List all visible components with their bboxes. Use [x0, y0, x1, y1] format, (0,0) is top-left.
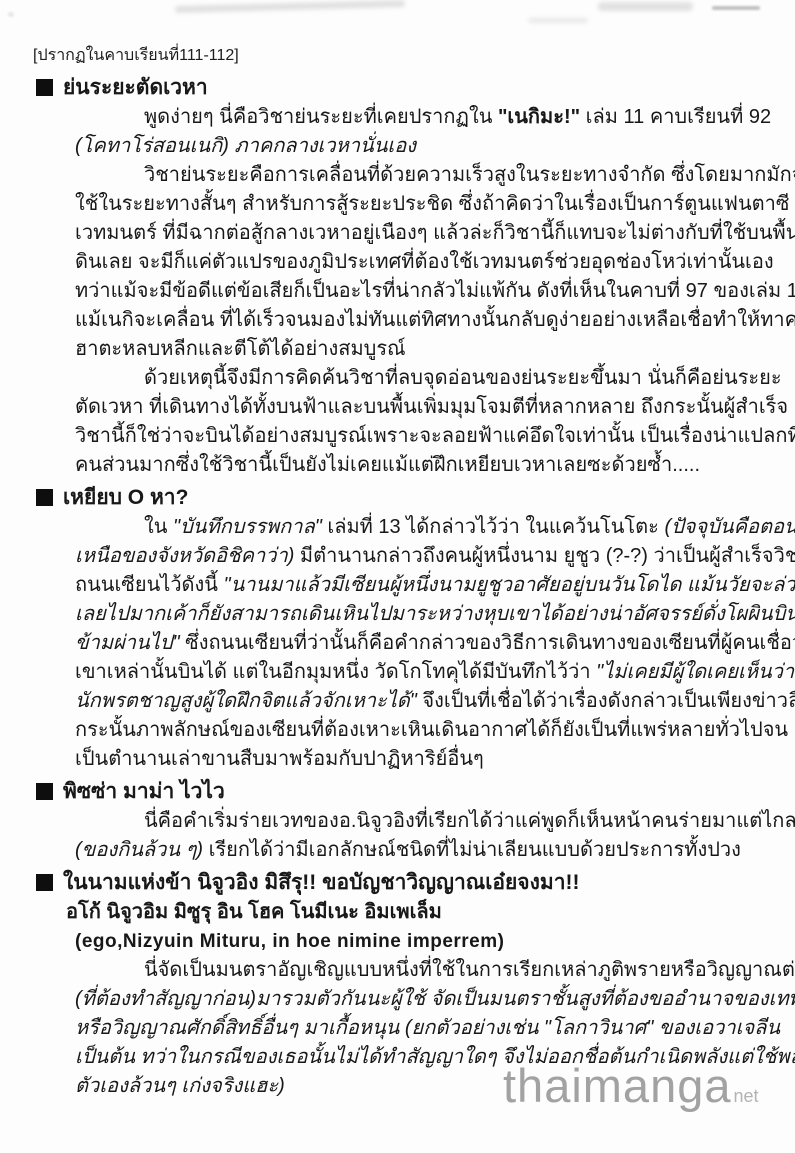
text-run: นี่คือคำเริ่มร่ายเวทของอ.นิจูวอิงที่เรีย…: [144, 810, 795, 832]
body-text-line: ด้วยเหตุนี้จึงมีการคิดค้นวิชาที่ลบจุดอ่อ…: [36, 364, 769, 393]
body-text-line: ดินเลย จะมีก็แค่ตัวแปรของภูมิประเทศที่ต้…: [36, 248, 769, 277]
text-run: มีตำนานกล่าวถึงคนผู้หนึ่งนาม ยูชูว (?-?)…: [294, 545, 795, 567]
body-text-line: ทว่าแม้จะมีข้อดีแต่ข้อเสียก็เป็นอะไรที่น…: [36, 277, 769, 306]
body-text-line: ฮาตะหลบหลีกและตีโต้ได้อย่างสมบูรณ์: [36, 335, 769, 364]
body-text-line: (โคทาโร่สอนเนกิ) ภาคกลางเวหานั่นเอง: [36, 132, 769, 161]
body-text-line: พูดง่ายๆ นี่คือวิชาย่นระยะที่เคยปรากฏใน …: [36, 103, 769, 132]
incantation-latin: (ego,Nizyuin Mituru, in hoe nimine imper…: [36, 927, 769, 956]
text-run: เป็นตำนานเล่าขานสืบมาพร้อมกับปาฏิหาริย์อ…: [75, 748, 484, 770]
body-text-line: (ที่ต้องทำสัญญาก่อน)มารวมตัวกันนะผู้ใช้ …: [36, 985, 769, 1014]
scanned-document-page: [ปรากฏในคาบเรียนที่111-112]ย่นระยะตัดเวห…: [0, 0, 795, 1153]
text-run: เรียกได้ว่ามีเอกลักษณ์ชนิดที่ไม่น่าเลียน…: [203, 839, 741, 861]
text-run: ด้วยเหตุนี้จึงมีการคิดค้นวิชาที่ลบจุดอ่อ…: [144, 367, 782, 389]
text-run: "บันทึกบรรพกาล": [173, 516, 322, 538]
body-text-line: นี่คือคำเริ่มร่ายเวทของอ.นิจูวอิงที่เรีย…: [36, 807, 769, 836]
thaimanga-watermark: thaimanganet: [503, 1058, 759, 1113]
text-run: ซึ่งถนนเซียนที่ว่านั้นก็คือคำกล่าวของวิธ…: [180, 632, 795, 654]
text-run: เลยไปมากเค้าก็ยังสามารถเดินเหินไปมาระหว่…: [75, 603, 795, 625]
black-square-bullet-icon: [36, 874, 53, 891]
text-run: กระนั้นภาพลักษณ์ของเซียนที่ต้องเหาะเหินเ…: [75, 719, 788, 741]
text-run: เหนือของจังหวัดอิชิคาว่า): [75, 545, 294, 567]
text-run: "นานมาแล้วมีเซียนผู้หนึ่งนามยูชูวอาศัยอย…: [224, 574, 795, 596]
black-square-bullet-icon: [36, 489, 53, 506]
text-run: ข้ามผ่านไป": [75, 632, 180, 654]
scan-artifact: [598, 2, 693, 11]
text-run: ใช้ในระยะทางสั้นๆ สำหรับการสู้ระยะประชิด…: [75, 193, 789, 215]
body-text-line: เวทมนตร์ ที่มีฉากต่อสู้กลางเวหาอยู่เนือง…: [36, 219, 769, 248]
watermark-suffix-text: net: [734, 1086, 759, 1106]
body-text-line: แม้เนกิจะเคลื่อน ที่ได้เร็วจนมองไม่ทันแต…: [36, 306, 769, 335]
document-content: [ปรากฏในคาบเรียนที่111-112]ย่นระยะตัดเวห…: [36, 44, 769, 1101]
text-run: หรือวิญญาณศักดิ์สิทธิ์อื่นๆ มาเกื้อหนุน …: [75, 1017, 780, 1039]
section-heading-yiab-o-ha: เหยียบ O หา?: [36, 483, 769, 512]
body-text-line: วิชานี้ก็ใช่ว่าจะบินได้อย่างสมบูรณ์เพราะ…: [36, 422, 769, 451]
text-run: เวทมนตร์ ที่มีฉากต่อสู้กลางเวหาอยู่เนือง…: [75, 222, 795, 244]
text-run: พิซซ่า มาม่า ไวไว: [63, 780, 225, 803]
text-run: (ที่ต้องทำสัญญาก่อน)มารวมตัวกันนะผู้ใช้ …: [75, 988, 795, 1010]
body-text-line: ถนนเซียนไว้ดังนี้ "นานมาแล้วมีเซียนผู้หน…: [36, 571, 769, 600]
text-run: (ปัจจุบันคือตอน: [664, 516, 795, 538]
text-run: เล่ม 11 คาบเรียนที่ 92: [580, 106, 771, 128]
text-run: เขาเหล่านั้นบินได้ แต่ในอีกมุมหนึ่ง วัดโ…: [75, 661, 596, 683]
scan-artifact: [712, 6, 760, 10]
body-text-line: เขาเหล่านั้นบินได้ แต่ในอีกมุมหนึ่ง วัดโ…: [36, 658, 769, 687]
text-run: เล่มที่ 13 ได้กล่าวไว้ว่า ในแคว้นโนโตะ: [322, 516, 665, 538]
body-text-line: ตัดเวหา ที่เดินทางได้ทั้งบนฟ้าและบนพื้นเ…: [36, 393, 769, 422]
body-text-line: ใน "บันทึกบรรพกาล" เล่มที่ 13 ได้กล่าวไว…: [36, 513, 769, 542]
text-run: ดินเลย จะมีก็แค่ตัวแปรของภูมิประเทศที่ต้…: [75, 251, 774, 273]
scan-artifact: [528, 18, 588, 23]
text-run: ในนามแห่งข้า นิจูวอิง มิสึรุ!! ขอบัญชาวิ…: [63, 871, 580, 894]
text-run: วิชานี้ก็ใช่ว่าจะบินได้อย่างสมบูรณ์เพราะ…: [75, 425, 795, 447]
text-run: ย่นระยะตัดเวหา: [63, 76, 208, 99]
text-run: ฮาตะหลบหลีกและตีโต้ได้อย่างสมบูรณ์: [75, 338, 406, 360]
text-run: (ego,Nizyuin Mituru, in hoe nimine imper…: [75, 931, 504, 952]
black-square-bullet-icon: [36, 783, 53, 800]
text-run: (ของกินล้วน ๆ): [75, 839, 203, 861]
black-square-bullet-icon: [36, 79, 53, 96]
body-text-line: นี่จัดเป็นมนตราอัญเชิญแบบหนึ่งที่ใช้ในกา…: [36, 956, 769, 985]
appearance-note: [ปรากฏในคาบเรียนที่111-112]: [33, 44, 769, 68]
watermark-brand-text: thaimanga: [503, 1059, 732, 1112]
scan-artifact: [175, 0, 405, 13]
scan-artifact: [8, 12, 14, 17]
section-heading-incantation: ในนามแห่งข้า นิจูวอิง มิสึรุ!! ขอบัญชาวิ…: [36, 868, 769, 897]
text-run: ใน: [144, 516, 173, 538]
text-run: วิชาย่นระยะคือการเคลื่อนที่ด้วยความเร็วส…: [144, 164, 795, 186]
text-run: แม้เนกิจะเคลื่อน ที่ได้เร็วจนมองไม่ทันแต…: [75, 309, 795, 331]
body-text-line: เป็นตำนานเล่าขานสืบมาพร้อมกับปาฏิหาริย์อ…: [36, 745, 769, 774]
text-run: คนส่วนมากซึ่งใช้วิชานี้เป็นยังไม่เคยแม้แ…: [75, 454, 700, 476]
body-text-line: กระนั้นภาพลักษณ์ของเซียนที่ต้องเหาะเหินเ…: [36, 716, 769, 745]
text-run: "ไม่เคยมีผู้ใดเคยเห็นว่า: [596, 661, 794, 683]
body-text-line: คนส่วนมากซึ่งใช้วิชานี้เป็นยังไม่เคยแม้แ…: [36, 451, 769, 480]
text-run: อโก้ นิจูวอิม มิซูรุ อิน โฮค โนมีเนะ อิม…: [66, 901, 442, 923]
body-text-line: หรือวิญญาณศักดิ์สิทธิ์อื่นๆ มาเกื้อหนุน …: [36, 1014, 769, 1043]
body-text-line: (ของกินล้วน ๆ) เรียกได้ว่ามีเอกลักษณ์ชนิ…: [36, 836, 769, 865]
text-run: จึงเป็นที่เชื่อได้ว่าเรื่องดังกล่าวเป็นเ…: [417, 690, 795, 712]
body-text-line: ใช้ในระยะทางสั้นๆ สำหรับการสู้ระยะประชิด…: [36, 190, 769, 219]
text-run: ถนนเซียนไว้ดังนี้: [75, 574, 224, 596]
body-text-line: ข้ามผ่านไป" ซึ่งถนนเซียนที่ว่านั้นก็คือค…: [36, 629, 769, 658]
section-heading-yon-raya-tad-weha: ย่นระยะตัดเวหา: [36, 73, 769, 102]
section-heading-pizza-mama-waiwai: พิซซ่า มาม่า ไวไว: [36, 777, 769, 806]
body-text-line: วิชาย่นระยะคือการเคลื่อนที่ด้วยความเร็วส…: [36, 161, 769, 190]
text-run: นี่จัดเป็นมนตราอัญเชิญแบบหนึ่งที่ใช้ในกา…: [144, 959, 795, 981]
text-run: (โคทาโร่สอนเนกิ) ภาคกลางเวหานั่นเอง: [75, 135, 416, 157]
text-run: เหยียบ O หา?: [63, 486, 188, 509]
text-run: ตัดเวหา ที่เดินทางได้ทั้งบนฟ้าและบนพื้นเ…: [75, 396, 788, 418]
body-text-line: เหนือของจังหวัดอิชิคาว่า) มีตำนานกล่าวถึ…: [36, 542, 769, 571]
text-run: ตัวเองล้วนๆ เก่งจริงแฮะ): [75, 1075, 285, 1097]
body-text-line: เลยไปมากเค้าก็ยังสามารถเดินเหินไปมาระหว่…: [36, 600, 769, 629]
text-run: ทว่าแม้จะมีข้อดีแต่ข้อเสียก็เป็นอะไรที่น…: [75, 280, 795, 302]
incantation-thai-transliteration: อโก้ นิจูวอิม มิซูรุ อิน โฮค โนมีเนะ อิม…: [36, 898, 769, 927]
text-run: "เนกิมะ!": [498, 106, 580, 128]
text-run: นักพรตชาญสูงผู้ใดฝึกจิตแล้วจักเหาะได้": [75, 690, 417, 712]
text-run: [ปรากฏในคาบเรียนที่111-112]: [33, 47, 239, 64]
body-text-line: นักพรตชาญสูงผู้ใดฝึกจิตแล้วจักเหาะได้" จ…: [36, 687, 769, 716]
text-run: พูดง่ายๆ นี่คือวิชาย่นระยะที่เคยปรากฏใน: [144, 106, 498, 128]
